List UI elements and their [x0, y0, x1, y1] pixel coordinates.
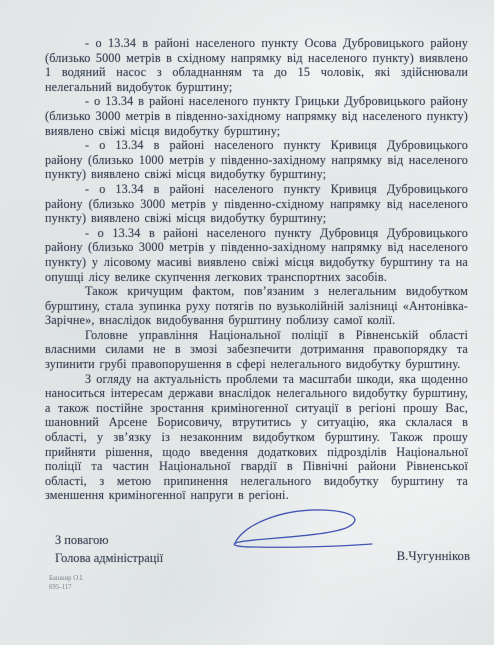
body-paragraph: - о 13.34 в районі населеного пункту Кри… [45, 138, 468, 182]
signer-name: В.Чугунніков [397, 549, 470, 564]
body-paragraph: Головне управління Національної поліції … [45, 328, 468, 372]
executor-note: Башкир О.І. 695-117 [49, 575, 84, 592]
body-paragraph: - о 13.34 в районі населеного пункту Дуб… [45, 226, 468, 284]
body-paragraph: З огляду на актуальність проблеми та мас… [45, 372, 468, 503]
scanned-letter-page: - о 13.34 в районі населеного пункту Осо… [0, 0, 494, 645]
closing-regards: З повагою [55, 531, 163, 549]
closing-block: З повагою Голова адміністрації [55, 531, 163, 567]
closing-position: Голова адміністрації [55, 549, 163, 567]
body-paragraph: Також кричущим фактом, пов’язаним з неле… [45, 284, 468, 328]
body-paragraph: - о 13.34 в районі населеного пункту Гри… [45, 94, 468, 138]
executor-name: Башкир О.І. [49, 575, 84, 584]
executor-phone: 695-117 [49, 584, 84, 593]
body-paragraph: - о 13.34 в районі населеного пункту Осо… [45, 36, 468, 94]
signature-stroke [224, 502, 376, 558]
letter-body: - о 13.34 в районі населеного пункту Осо… [45, 36, 468, 503]
body-paragraph: - о 13.34 в районі населеного пункту Кри… [45, 182, 468, 226]
